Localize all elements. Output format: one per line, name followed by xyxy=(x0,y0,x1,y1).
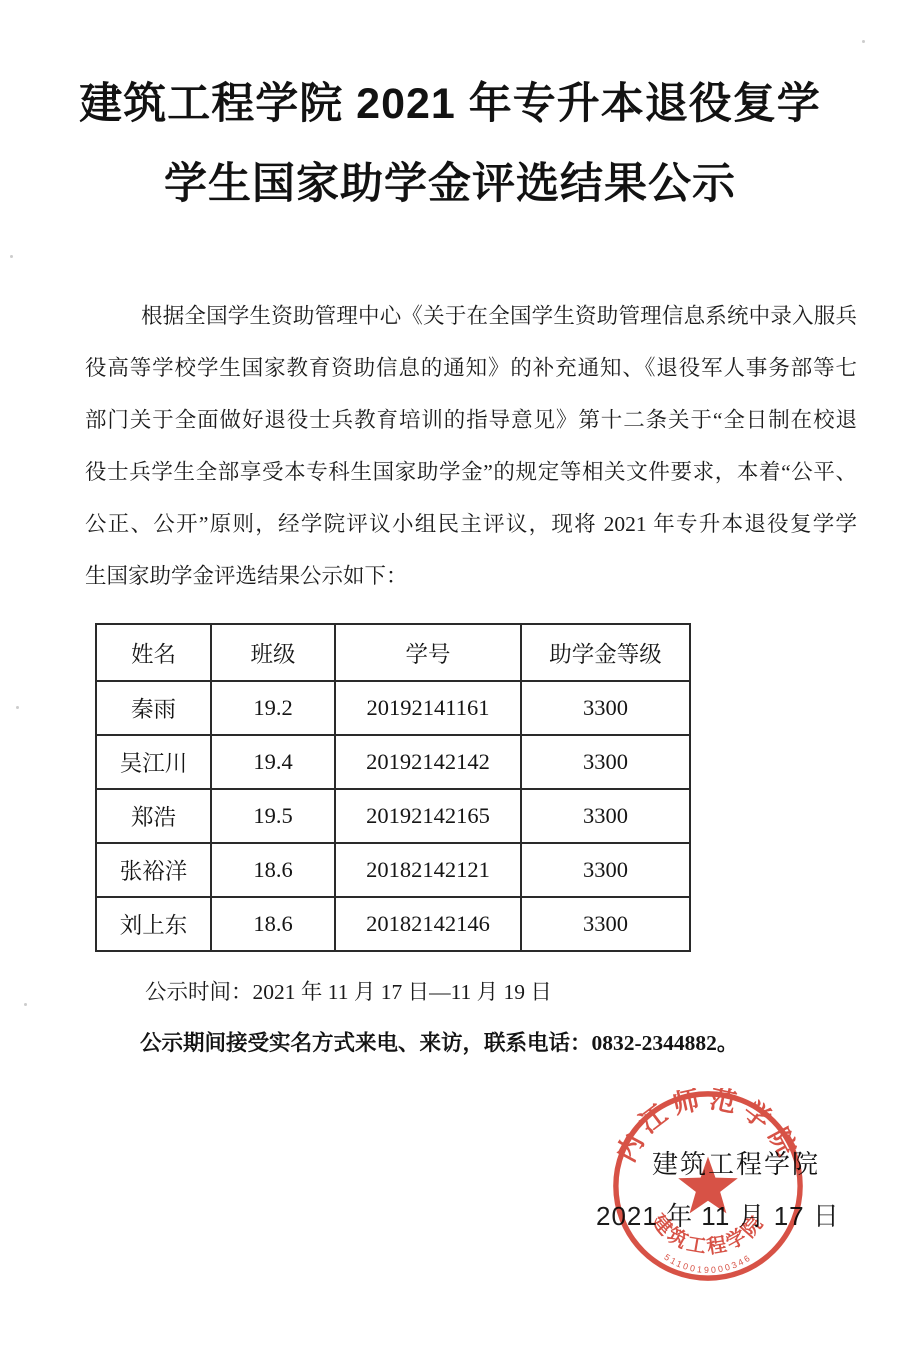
college-seal: 内江师范学院 建筑工程学院 5110019000346 xyxy=(610,1088,806,1284)
table-row: 吴江川 19.4 20192142142 3300 xyxy=(96,735,690,789)
col-header-grant-level: 助学金等级 xyxy=(521,624,690,681)
document-title: 建筑工程学院 2021 年专升本退役复学 学生国家助学金评选结果公示 xyxy=(0,64,900,224)
cell-student-id: 20192142165 xyxy=(335,789,521,843)
notice-time-text: 公示时间：2021 年 11 月 17 日—11 月 19 日 xyxy=(145,975,552,1006)
table-header-row: 姓名 班级 学号 助学金等级 xyxy=(96,624,690,681)
cell-name: 吴江川 xyxy=(96,735,211,789)
cell-grant-level: 3300 xyxy=(521,843,690,897)
scan-speck xyxy=(24,1003,27,1006)
table-row: 秦雨 19.2 20192141161 3300 xyxy=(96,681,690,735)
cell-grant-level: 3300 xyxy=(521,681,690,735)
cell-class: 19.4 xyxy=(211,735,335,789)
cell-name: 张裕洋 xyxy=(96,843,211,897)
scan-speck xyxy=(10,255,13,258)
table-row: 张裕洋 18.6 20182142121 3300 xyxy=(96,843,690,897)
col-header-name: 姓名 xyxy=(96,624,211,681)
scan-speck xyxy=(16,706,19,709)
cell-name: 刘上东 xyxy=(96,897,211,951)
notice-contact-text: 公示期间接受实名方式来电、来访，联系电话：0832-2344882。 xyxy=(140,1026,738,1057)
body-paragraph-line: 役高等学校学生国家教育资助信息的通知》的补充通知、《退役军人事务部等七 xyxy=(85,342,857,394)
cell-student-id: 20192141161 xyxy=(335,681,521,735)
document-title-line2: 学生国家助学金评选结果公示 xyxy=(0,144,900,224)
table-row: 郑浩 19.5 20192142165 3300 xyxy=(96,789,690,843)
cell-student-id: 20192142142 xyxy=(335,735,521,789)
body-paragraph-line: 役士兵学生全部享受本专科生国家助学金”的规定等相关文件要求，本着“公平、 xyxy=(85,446,857,498)
cell-class: 19.2 xyxy=(211,681,335,735)
body-paragraph-line: 部门关于全面做好退役士兵教育培训的指导意见》第十二条关于“全日制在校退 xyxy=(85,394,857,446)
cell-class: 19.5 xyxy=(211,789,335,843)
cell-class: 18.6 xyxy=(211,843,335,897)
body-paragraph-line: 公正、公开”原则，经学院评议小组民主评议，现将 2021 年专升本退役复学学 xyxy=(85,498,857,550)
cell-grant-level: 3300 xyxy=(521,789,690,843)
body-paragraph-line: 根据全国学生资助管理中心《关于在全国学生资助管理信息系统中录入服兵 xyxy=(85,290,857,342)
table-row: 刘上东 18.6 20182142146 3300 xyxy=(96,897,690,951)
cell-grant-level: 3300 xyxy=(521,897,690,951)
document-title-line1: 建筑工程学院 2021 年专升本退役复学 xyxy=(0,64,900,144)
results-table: 姓名 班级 学号 助学金等级 秦雨 19.2 20192141161 3300 … xyxy=(95,623,691,952)
seal-star-icon xyxy=(678,1157,738,1214)
col-header-student-id: 学号 xyxy=(335,624,521,681)
cell-name: 秦雨 xyxy=(96,681,211,735)
body-paragraph-line: 生国家助学金评选结果公示如下： xyxy=(85,550,857,602)
col-header-class: 班级 xyxy=(211,624,335,681)
cell-grant-level: 3300 xyxy=(521,735,690,789)
body-paragraph: 根据全国学生资助管理中心《关于在全国学生资助管理信息系统中录入服兵 役高等学校学… xyxy=(85,290,857,602)
cell-student-id: 20182142121 xyxy=(335,843,521,897)
document-page: { "page": { "title_line1": "建筑工程学院 2021 … xyxy=(0,0,900,1354)
cell-student-id: 20182142146 xyxy=(335,897,521,951)
scan-speck xyxy=(862,40,865,43)
cell-class: 18.6 xyxy=(211,897,335,951)
seal-bottom-text-arc: 建筑工程学院 xyxy=(647,1210,769,1259)
cell-name: 郑浩 xyxy=(96,789,211,843)
